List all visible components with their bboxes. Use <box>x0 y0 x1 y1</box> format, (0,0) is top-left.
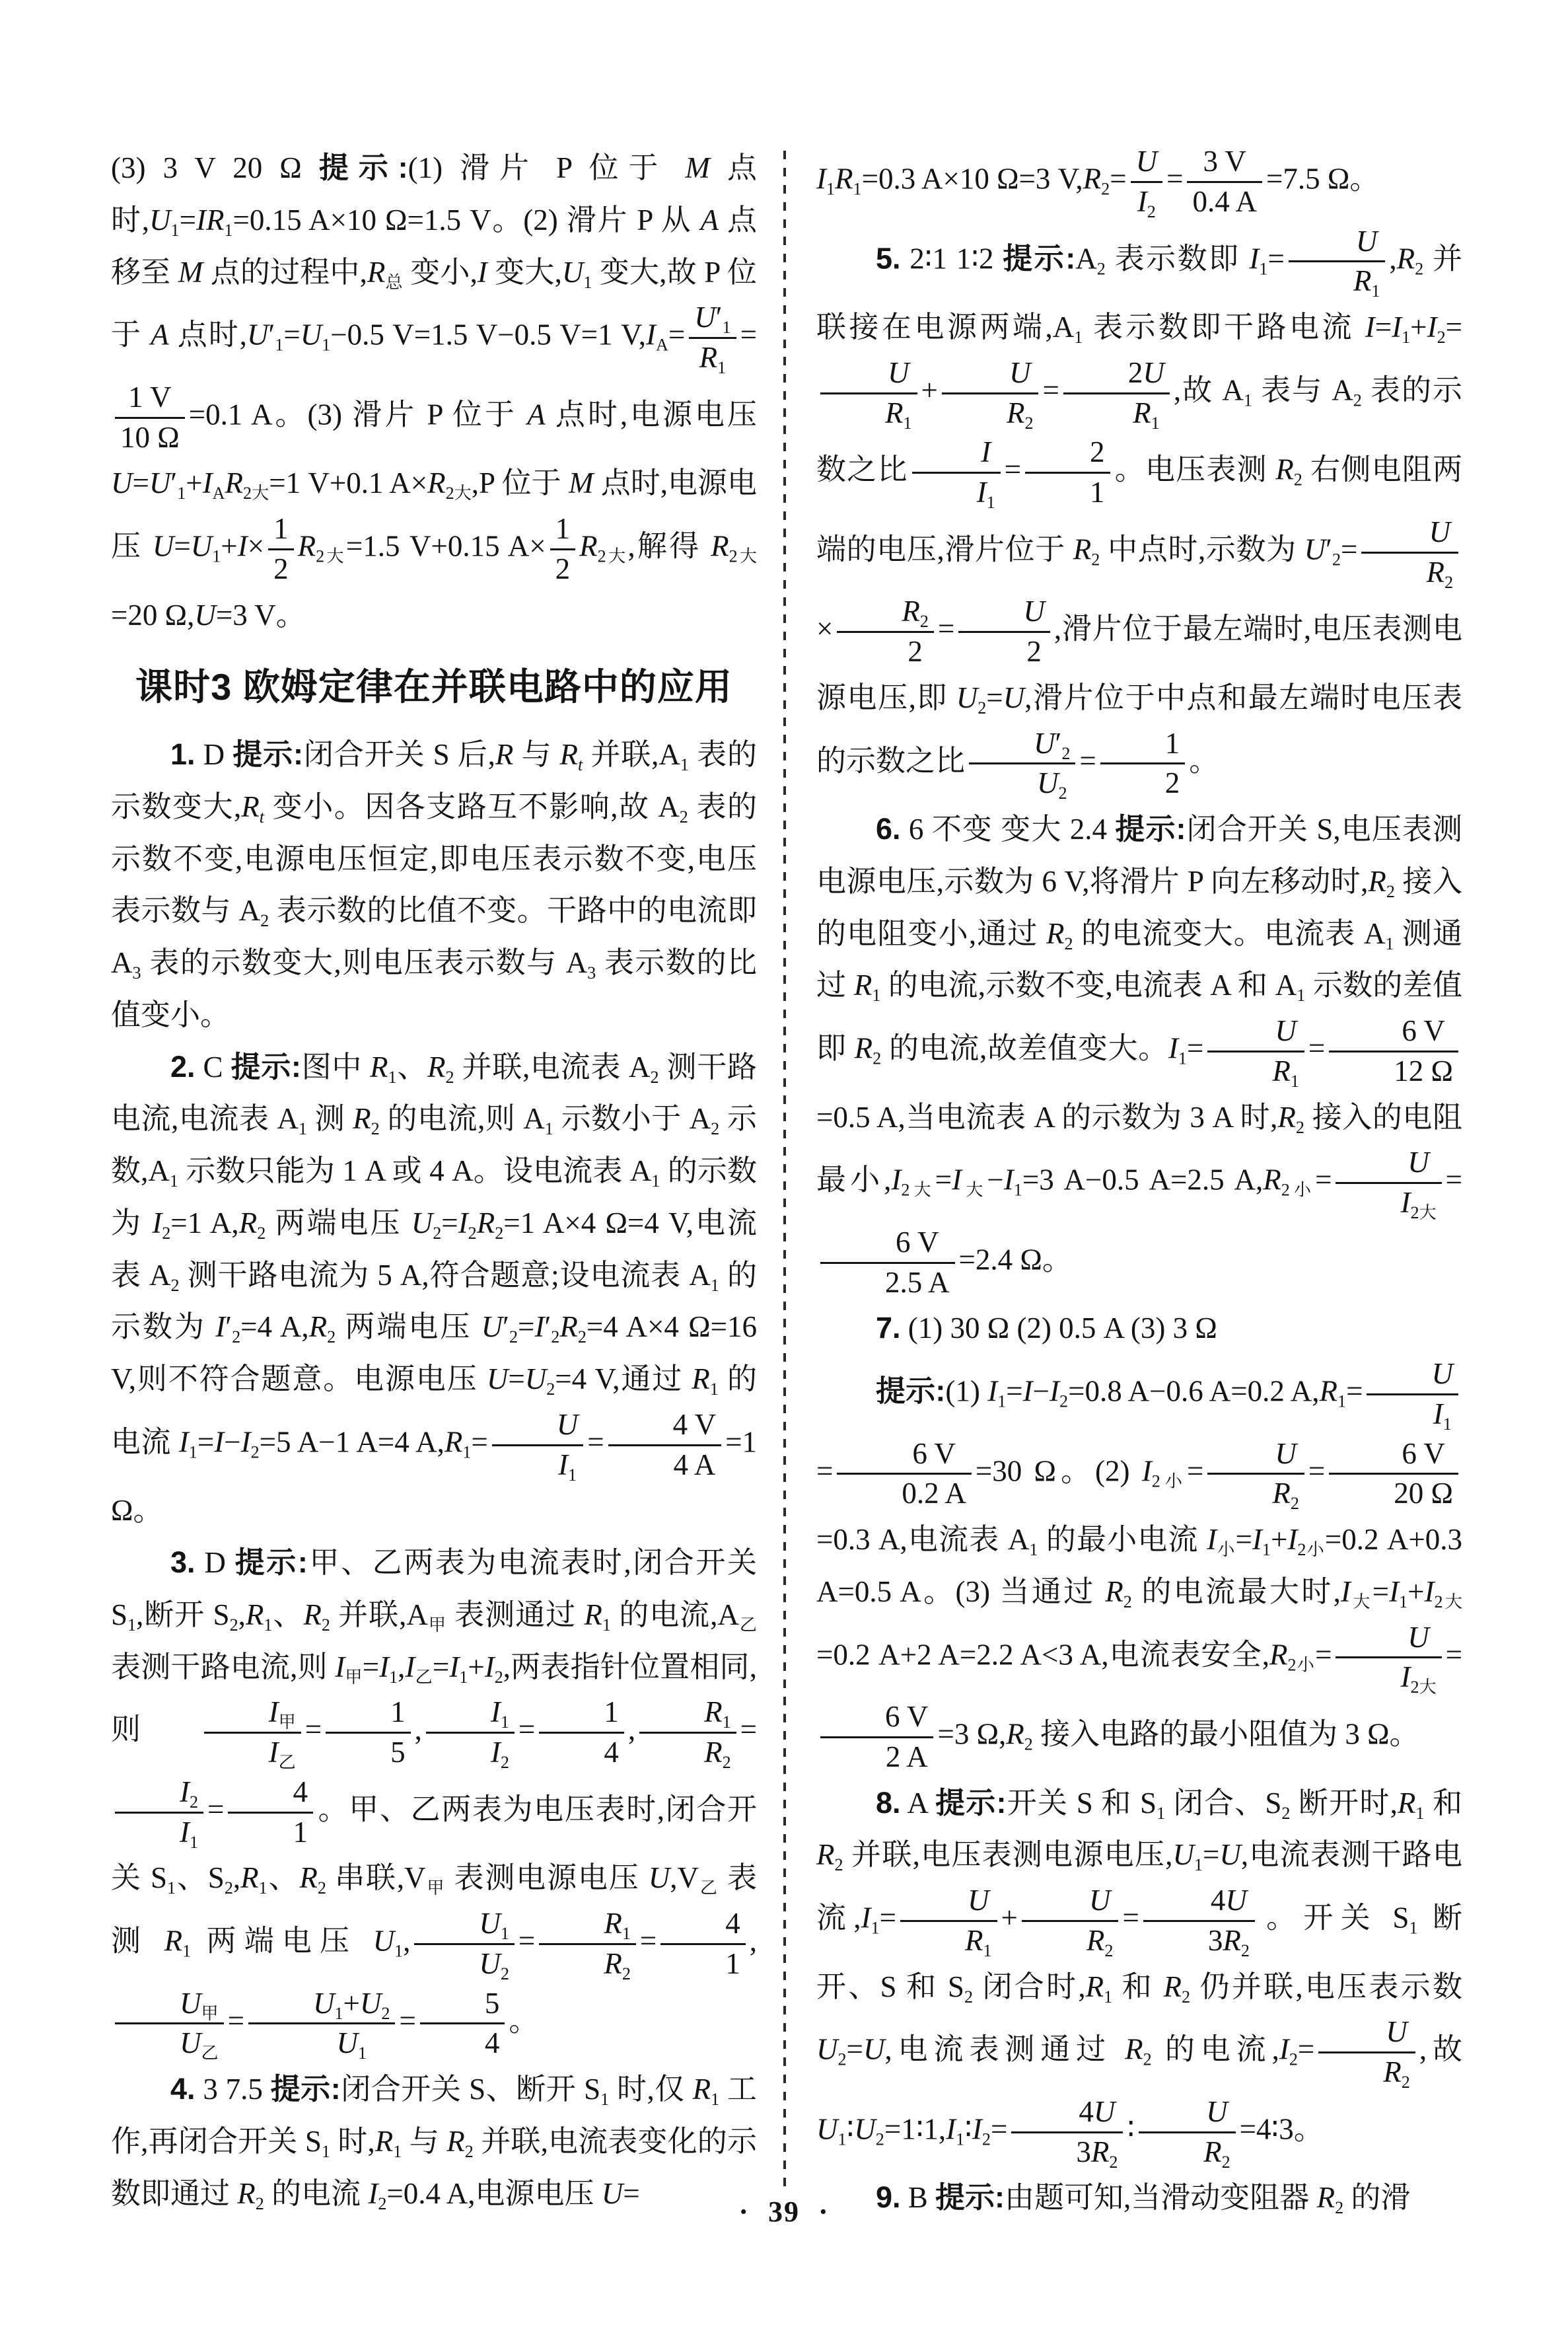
answer-item: 6. 6 不变 变大 2.4 提示:闭合开关 S,电压表测电源电压,示数为 6 … <box>816 803 1462 1302</box>
fraction: UR1 <box>1289 225 1386 299</box>
fraction: 12 <box>1100 727 1186 801</box>
fraction: 41 <box>228 1775 313 1850</box>
fraction: 3 V0.4 A <box>1187 145 1262 219</box>
fraction: U甲U乙 <box>115 1987 224 2061</box>
fraction: 15 <box>326 1695 411 1770</box>
fraction: U1+U2U1 <box>248 1987 395 2061</box>
fraction: UR2 <box>1318 2015 1415 2090</box>
answer-item: 7. (1) 30 Ω (2) 0.5 A (3) 3 Ω <box>816 1302 1462 1354</box>
fraction: U1U2 <box>414 1907 515 1981</box>
fraction: 12 <box>268 512 294 587</box>
fraction: 12 <box>550 512 576 587</box>
fraction: UR1 <box>820 356 917 431</box>
fraction: UR1 <box>900 1884 997 1958</box>
fraction: 41 <box>660 1907 746 1981</box>
fraction: 2UR1 <box>1063 356 1170 431</box>
answer-item: 1. D 提示:闭合开关 S 后,R 与 Rt 并联,A1 表的示数变大,Rt … <box>111 729 757 1041</box>
fraction: 4U3R2 <box>1011 2095 1123 2170</box>
fraction: 6 V20 Ω <box>1329 1437 1458 1512</box>
page-number: ·39· <box>0 2195 1568 2229</box>
fraction: R1R2 <box>639 1695 736 1770</box>
fraction: 6 V2 A <box>820 1700 933 1775</box>
answer-item: 提示:(1) I1=I−I2=0.8 A−0.6 A=0.2 A,R1=UI1=… <box>816 1354 1462 1777</box>
answer-item: 8. A 提示:开关 S 和 S1 闭合、S2 断开时,R1 和 R2 并联,电… <box>816 1777 1462 2172</box>
fraction: U′2U2 <box>969 727 1075 801</box>
fraction: 14 <box>539 1695 624 1770</box>
page-number-value: 39 <box>768 2196 800 2228</box>
fraction: UI2大 <box>1336 1146 1441 1220</box>
fraction: R22 <box>837 595 934 669</box>
column-divider <box>783 151 786 2189</box>
fraction: 6 V0.2 A <box>837 1437 972 1512</box>
page-number-dot-left: · <box>738 2196 750 2228</box>
answer-key-page: (3) 3 V 20 Ω 提示:(1) 滑片 P 位于 M 点时,U1=IR1=… <box>0 0 1568 2325</box>
fraction: 1 V10 Ω <box>115 381 185 455</box>
page-number-dot-right: · <box>818 2196 830 2228</box>
fraction: UR2 <box>1022 1884 1119 1958</box>
fraction: UR2 <box>1139 2095 1236 2170</box>
fraction: UI1 <box>492 1408 584 1483</box>
fraction: UI2大 <box>1336 1621 1441 1695</box>
fraction: UI1 <box>1367 1357 1458 1432</box>
fraction: 6 V12 Ω <box>1329 1014 1458 1089</box>
right-column: I1R1=0.3 A×10 Ω=3 V,R2=UI2=3 V0.4 A=7.5 … <box>816 142 1462 2224</box>
fraction: UR2 <box>1207 1437 1304 1512</box>
fraction: UR1 <box>1207 1014 1304 1089</box>
text-paragraph: (3) 3 V 20 Ω 提示:(1) 滑片 P 位于 M 点时,U1=IR1=… <box>111 142 757 641</box>
fraction: UR2 <box>1361 515 1458 590</box>
fraction: I2I1 <box>115 1775 203 1850</box>
fraction: I1I2 <box>426 1695 515 1770</box>
fraction: U′1R1 <box>689 301 736 375</box>
fraction: UR2 <box>942 356 1039 431</box>
left-column: (3) 3 V 20 Ω 提示:(1) 滑片 P 位于 M 点时,U1=IR1=… <box>111 142 757 2219</box>
answer-item: 2. C 提示:图中 R1、R2 并联,电流表 A2 测干路电流,电流表 A1 … <box>111 1041 757 1537</box>
fraction: UI2 <box>1131 145 1163 219</box>
answer-item: 3. D 提示:甲、乙两表为电流表时,闭合开关 S1,断开 S2,R1、R2 并… <box>111 1537 757 2063</box>
fraction: 6 V2.5 A <box>820 1226 955 1300</box>
text-paragraph: I1R1=0.3 A×10 Ω=3 V,R2=UI2=3 V0.4 A=7.5 … <box>816 142 1462 222</box>
fraction: R1R2 <box>539 1907 636 1981</box>
fraction: II1 <box>912 435 1001 510</box>
fraction: 4 V4 A <box>608 1408 721 1483</box>
answer-item: 5. 2∶1 1∶2 提示:A2 表示数即 I1=UR1,R2 并联接在电源两端… <box>816 222 1462 804</box>
fraction: 4U3R2 <box>1143 1884 1255 1958</box>
section-heading: 课时3 欧姆定律在并联电路中的应用 <box>111 663 757 712</box>
fraction: U2 <box>958 595 1050 669</box>
fraction: 21 <box>1025 435 1110 510</box>
fraction: 54 <box>420 1987 505 2061</box>
fraction: I甲I乙 <box>204 1695 301 1770</box>
